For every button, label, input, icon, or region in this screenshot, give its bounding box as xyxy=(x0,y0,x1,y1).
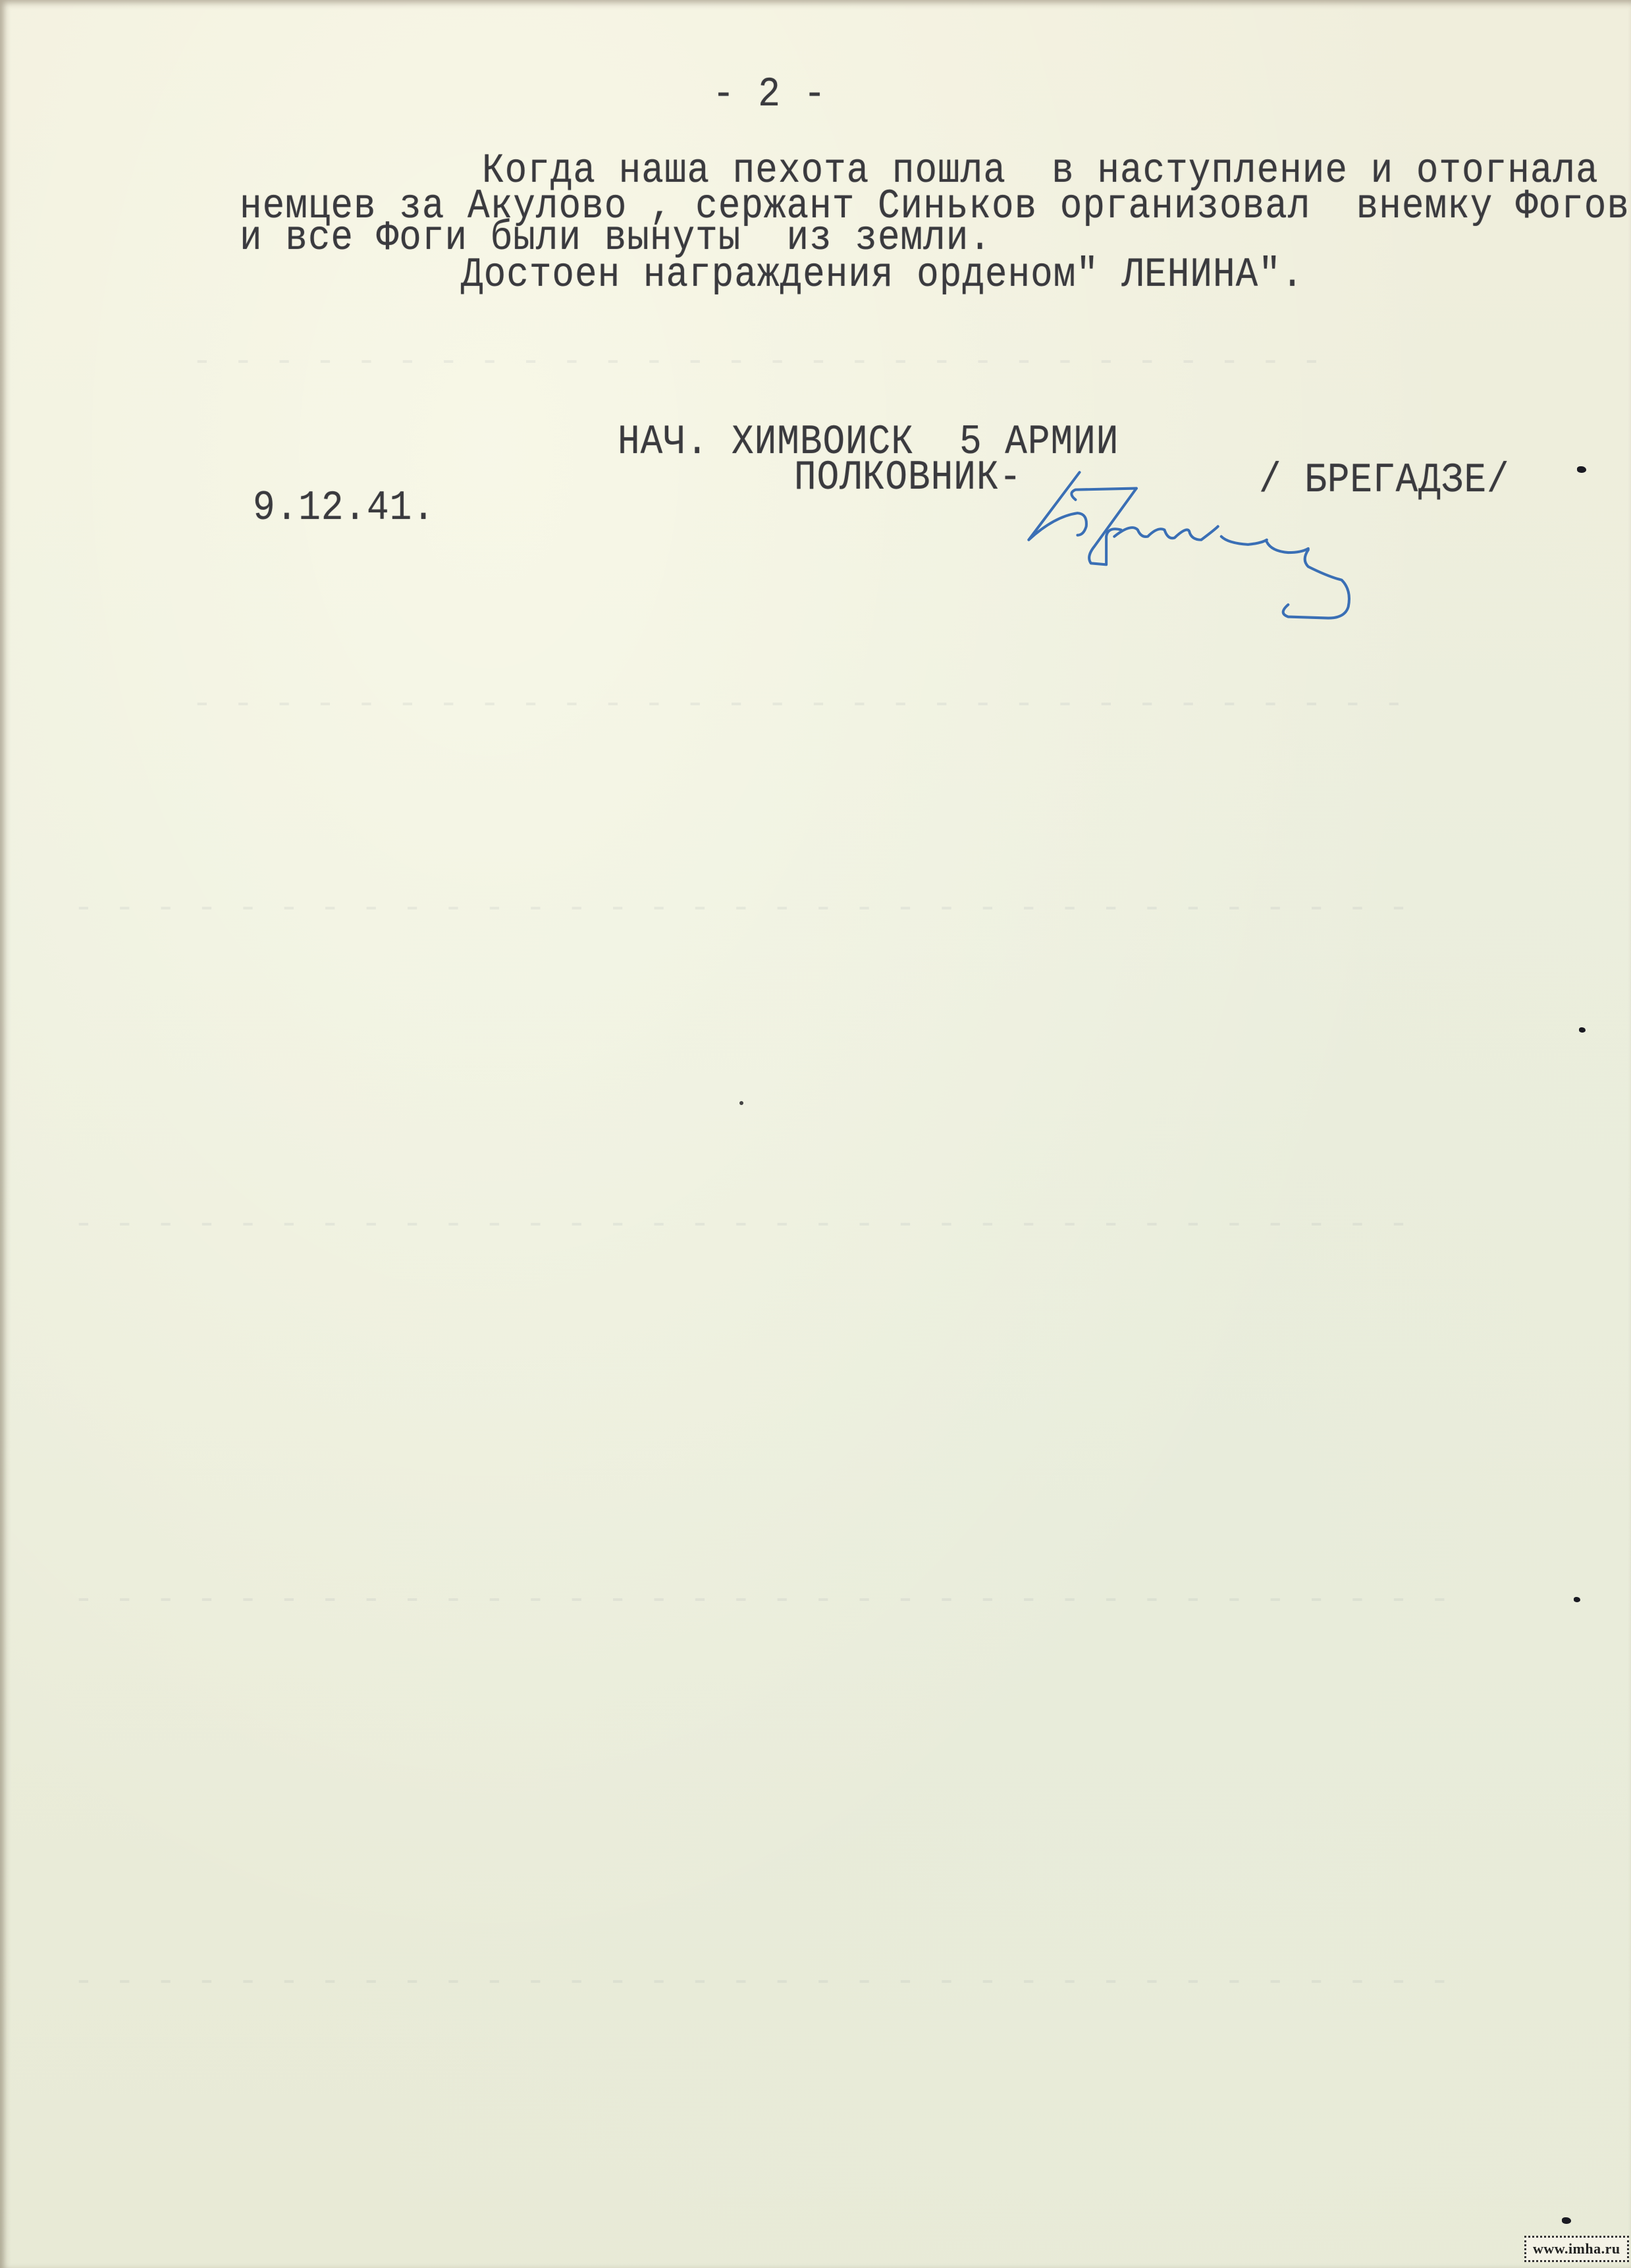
staple-mark xyxy=(1577,466,1586,473)
ink-speck xyxy=(739,1101,743,1105)
bleed-through-texture: - - - - - - - - - - - - - - - - - - - - … xyxy=(53,889,1430,928)
staple-mark xyxy=(1579,1027,1586,1033)
bleed-through-texture: - - - - - - - - - - - - - - - - - - - - … xyxy=(53,1962,1470,2001)
page-number: - 2 - xyxy=(712,74,826,115)
watermark-label: www.imha.ru xyxy=(1524,2236,1629,2262)
page-edge-shadow xyxy=(0,0,1631,2268)
signatory-rank: ПОЛКОВНИК- xyxy=(794,457,1022,499)
bleed-through-texture: - - - - - - - - - - - - - - - - - - - - … xyxy=(171,342,1343,381)
staple-mark xyxy=(1574,1597,1580,1602)
handwritten-signature xyxy=(1014,461,1449,639)
award-recommendation-line: Достоен награждения орденом" ЛЕНИНА". xyxy=(461,254,1304,296)
bleed-through-texture: - - - - - - - - - - - - - - - - - - - - … xyxy=(53,1205,1430,1244)
document-date: 9.12.41. xyxy=(253,487,435,529)
bleed-through-texture: - - - - - - - - - - - - - - - - - - - - … xyxy=(53,1580,1470,1619)
staple-mark xyxy=(1562,2217,1571,2224)
bleed-through-texture: - - - - - - - - - - - - - - - - - - - - … xyxy=(171,685,1425,724)
document-page: - - - - - - - - - - - - - - - - - - - - … xyxy=(0,0,1631,2268)
